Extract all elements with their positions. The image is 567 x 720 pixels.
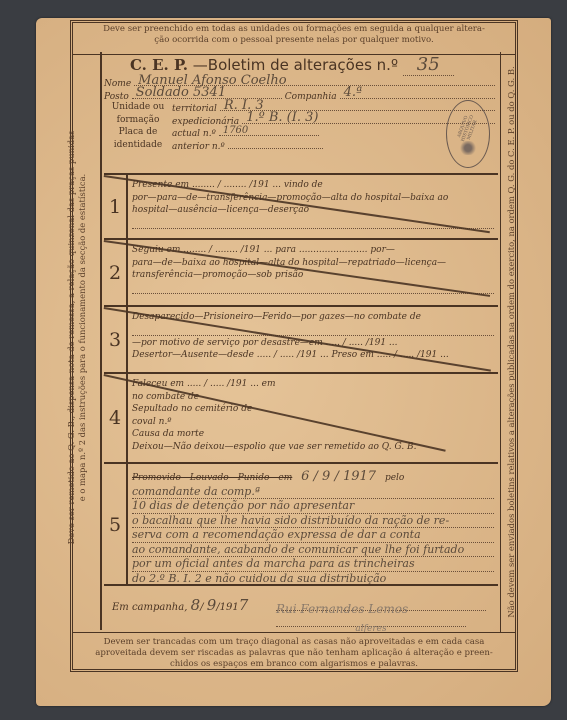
top-note-line: Deve ser preenchido em todas as unidades… [72, 24, 516, 35]
handwritten-line: o bacalhau que lhe havia sido distribuíd… [132, 514, 494, 529]
title-text: —Boletim de alterações n.º [193, 56, 398, 74]
section-line: Seguiu em ........ / ........ /191 ... p… [132, 244, 494, 257]
top-note-line: ção ocorrida com o pessoal presente nela… [72, 35, 516, 46]
section-1: 1 Presente em ........ / ........ /191 .… [104, 173, 498, 239]
section-3: 3 Desaparecido—Prisioneiro—Ferido—por ga… [104, 305, 498, 373]
bottom-note-line: Devem ser trancadas com um traço diagona… [72, 637, 516, 648]
companhia-value: 4.ª [344, 87, 363, 100]
section-number: 5 [104, 464, 128, 586]
top-instruction-note: Deve ser preenchido em todas as unidades… [72, 24, 516, 55]
left-note-line: Deve ser remetido ao Q. G. B., dispensa … [66, 131, 76, 545]
nome-label: Nome [104, 78, 131, 91]
coat-of-arms-icon [459, 141, 477, 155]
signature: Rui Fernandes Lemos [276, 602, 408, 616]
bottom-note-line: chidos os espaços em branco com algarism… [72, 659, 516, 670]
section-line: por—para—de—transferência—promoção—alta … [132, 192, 494, 205]
signature-year-suffix: 7 [239, 596, 249, 614]
section5-pelo: pelo [385, 473, 404, 483]
placa-label: Placa de [119, 127, 158, 137]
section-number: 4 [104, 374, 128, 462]
handwritten-line: 10 dias de detenção por não apresentar [132, 499, 494, 514]
actual-value: 1760 [223, 125, 248, 138]
section-line: Desertor—Ausente—desde ..... / ..... /19… [132, 349, 494, 362]
actual-label: actual n.º [172, 128, 216, 141]
territorial-label: territorial [172, 103, 217, 116]
bottom-instruction-note: Devem ser trancadas com um traço diagona… [72, 632, 516, 670]
section5-date: 6 / 9 / 1917 [295, 469, 382, 484]
section-number: 2 [104, 240, 128, 306]
section-2: 2 Seguiu em ........ / ........ /191 ...… [104, 238, 498, 306]
expedicionaria-value: 1.º B. (I. 3) [246, 112, 318, 125]
signature-year-prefix: 191 [220, 602, 239, 613]
signature-block: Em campanha, 8/ 9/1917 Rui Fernandes Lem… [104, 584, 498, 632]
formacao-label: formação [117, 115, 160, 125]
left-note-line: e o mapa n.º 2 das instruções para o fun… [77, 174, 87, 501]
section-4: 4 Faleceu em ..... / ..... /191 ... em n… [104, 372, 498, 462]
section-line: Faleceu em ..... / ..... /191 ... em [132, 378, 494, 391]
inner-divider [100, 52, 102, 630]
section-line: Deixou—Não deixou—espolio que vae ser re… [132, 441, 494, 454]
anterior-label: anterior n.º [172, 141, 225, 154]
right-margin-note: Não devem ser enviados boletins relativo… [500, 52, 521, 632]
section-number: 1 [104, 175, 128, 239]
form-header: C. E. P. —Boletim de alterações n.º 35 N… [104, 54, 498, 151]
unit-rows: Unidade ouformação territorialR. I. 3 ex… [104, 101, 498, 151]
section-line: Causa da morte [132, 428, 494, 441]
bulletin-number: 35 [403, 54, 454, 76]
posto-row: PostoSoldado 5341Companhia4.ª [104, 89, 498, 102]
section-5: 5 Promovido—Louvado—Punido—em 6 / 9 / 19… [104, 462, 498, 586]
section5-printed: Promovido—Louvado—Punido—em [132, 473, 292, 483]
handwritten-line: por um oficial antes da marcha para as t… [132, 557, 494, 572]
bottom-note-line: aproveitada devem ser riscadas as palavr… [72, 648, 516, 659]
section-line: Sepultado no cemitério de [132, 403, 494, 416]
handwritten-line: serva com a recomendação expressa de dar… [132, 528, 494, 543]
signature-day: 8 [191, 596, 201, 614]
handwritten-line: ao comandante, acabando de comunicar que… [132, 543, 494, 558]
posto-value: Soldado 5341 [136, 87, 226, 100]
section-number: 3 [104, 307, 128, 373]
handwritten-line: comandante da comp.ª [132, 485, 494, 500]
identidade-label: identidade [114, 140, 162, 150]
unidade-label: Unidade ou [112, 102, 165, 112]
title-prefix: C. E. P. [130, 56, 188, 74]
section-line: Presente em ........ / ........ /191 ...… [132, 179, 494, 192]
archive-stamp: ARQUIVO HISTÓRICO MILITAR [446, 100, 490, 168]
signature-month: 9 [207, 596, 217, 614]
section-line: para—de—baixa ao hospital—alta do hospit… [132, 257, 494, 270]
signature-label: Em campanha, [112, 602, 187, 613]
left-margin-note: Deve ser remetido ao Q. G. B., dispensa … [58, 60, 98, 615]
